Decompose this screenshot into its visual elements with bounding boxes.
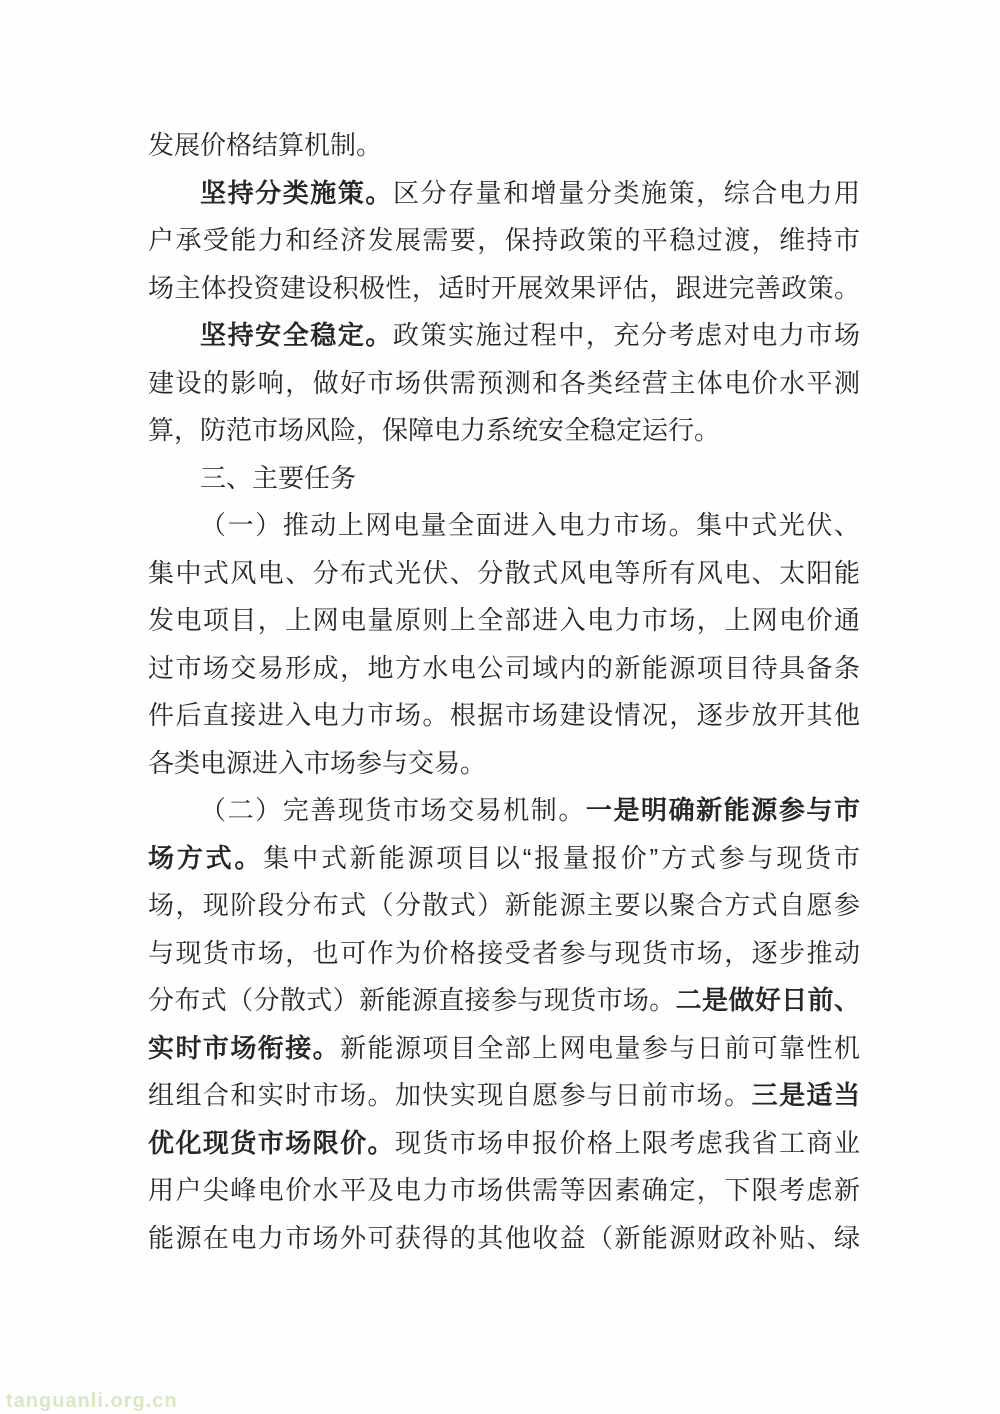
- text-line: 坚持分类施策。区分存量和增量分类施策，综合电力用: [148, 170, 860, 218]
- bold-text-segment: 坚持安全稳定。: [200, 320, 393, 350]
- text-line: 组组合和实时市场。加快实现自愿参与日前市场。三是适当: [148, 1072, 860, 1120]
- bold-text-segment: 场方式。: [148, 843, 263, 873]
- text-line: 各类电源进入市场参与交易。: [148, 740, 860, 788]
- text-line: 坚持安全稳定。政策实施过程中，充分考虑对电力市场: [148, 312, 860, 360]
- text-segment: 场主体投资建设积极性，适时开展效果评估，跟进完善政策。: [148, 273, 860, 303]
- document-body: 发展价格结算机制。坚持分类施策。区分存量和增量分类施策，综合电力用户承受能力和经…: [148, 122, 860, 1262]
- text-segment: 场，现阶段分布式（分散式）新能源主要以聚合方式自愿参: [148, 890, 860, 920]
- text-line: 过市场交易形成，地方水电公司域内的新能源项目待具备条: [148, 645, 860, 693]
- text-segment: 件后直接进入电力市场。根据市场建设情况，逐步放开其他: [148, 700, 860, 730]
- text-segment: 发展价格结算机制。: [148, 130, 382, 160]
- text-segment: 用户尖峰电价水平及电力市场供需等因素确定，下限考虑新: [148, 1175, 860, 1205]
- text-line: 场，现阶段分布式（分散式）新能源主要以聚合方式自愿参: [148, 882, 860, 930]
- text-line: 件后直接进入电力市场。根据市场建设情况，逐步放开其他: [148, 692, 860, 740]
- text-line: 场方式。集中式新能源项目以“报量报价”方式参与现货市: [148, 835, 860, 883]
- text-segment: 算，防范市场风险，保障电力系统安全稳定运行。: [148, 415, 720, 445]
- text-line: （二）完善现货市场交易机制。一是明确新能源参与市: [148, 787, 860, 835]
- text-line: 场主体投资建设积极性，适时开展效果评估，跟进完善政策。: [148, 265, 860, 313]
- text-segment: 能源在电力市场外可获得的其他收益（新能源财政补贴、绿: [148, 1223, 860, 1253]
- watermark-text: tanguanli.org.cn: [6, 1390, 178, 1413]
- bold-text-segment: 二是做好日前、: [676, 985, 860, 1015]
- text-segment: 集中式新能源项目以“报量报价”方式参与现货市: [263, 843, 860, 873]
- text-segment: 政策实施过程中，充分考虑对电力市场: [393, 320, 860, 350]
- text-segment: 过市场交易形成，地方水电公司域内的新能源项目待具备条: [148, 653, 860, 683]
- text-line: 优化现货市场限价。现货市场申报价格上限考虑我省工商业: [148, 1120, 860, 1168]
- text-segment: 现货市场申报价格上限考虑我省工商业: [395, 1128, 860, 1158]
- text-line: 用户尖峰电价水平及电力市场供需等因素确定，下限考虑新: [148, 1167, 860, 1215]
- text-line: 发电项目，上网电量原则上全部进入电力市场，上网电价通: [148, 597, 860, 645]
- text-segment: 分布式（分散式）新能源直接参与现货市场。: [148, 985, 676, 1015]
- text-line: 算，防范市场风险，保障电力系统安全稳定运行。: [148, 407, 860, 455]
- text-line: 与现货市场，也可作为价格接受者参与现货市场，逐步推动: [148, 930, 860, 978]
- text-segment: 新能源项目全部上网电量参与日前可靠性机: [340, 1033, 860, 1063]
- text-segment: 户承受能力和经济发展需要，保持政策的平稳过渡，维持市: [148, 225, 860, 255]
- bold-text-segment: 实时市场衔接。: [148, 1033, 340, 1063]
- text-segment: 区分存量和增量分类施策，综合电力用: [393, 178, 860, 208]
- text-line: 实时市场衔接。新能源项目全部上网电量参与日前可靠性机: [148, 1025, 860, 1073]
- text-segment: 组组合和实时市场。加快实现自愿参与日前市场。: [148, 1080, 752, 1110]
- bold-text-segment: 三是适当: [752, 1080, 860, 1110]
- bold-text-segment: 优化现货市场限价。: [148, 1128, 395, 1158]
- text-line: 户承受能力和经济发展需要，保持政策的平稳过渡，维持市: [148, 217, 860, 265]
- text-line: 三、主要任务: [148, 455, 860, 503]
- text-line: 集中式风电、分布式光伏、分散式风电等所有风电、太阳能: [148, 550, 860, 598]
- bold-text-segment: 坚持分类施策。: [200, 178, 393, 208]
- text-segment: 发电项目，上网电量原则上全部进入电力市场，上网电价通: [148, 605, 860, 635]
- text-segment: 与现货市场，也可作为价格接受者参与现货市场，逐步推动: [148, 938, 860, 968]
- text-segment: 建设的影响，做好市场供需预测和各类经营主体电价水平测: [148, 368, 860, 398]
- text-line: 建设的影响，做好市场供需预测和各类经营主体电价水平测: [148, 360, 860, 408]
- text-line: 能源在电力市场外可获得的其他收益（新能源财政补贴、绿: [148, 1215, 860, 1263]
- text-line: 发展价格结算机制。: [148, 122, 860, 170]
- text-segment: 各类电源进入市场参与交易。: [148, 748, 486, 778]
- text-line: 分布式（分散式）新能源直接参与现货市场。二是做好日前、: [148, 977, 860, 1025]
- document-page: 发展价格结算机制。坚持分类施策。区分存量和增量分类施策，综合电力用户承受能力和经…: [0, 0, 1000, 1414]
- text-segment: （一）推动上网电量全面进入电力市场。集中式光伏、: [200, 510, 860, 540]
- bold-text-segment: 一是明确新能源参与市: [586, 795, 860, 825]
- text-segment: 集中式风电、分布式光伏、分散式风电等所有风电、太阳能: [148, 558, 860, 588]
- text-segment: （二）完善现货市场交易机制。: [200, 795, 586, 825]
- text-line: （一）推动上网电量全面进入电力市场。集中式光伏、: [148, 502, 860, 550]
- text-segment: 三、主要任务: [200, 463, 356, 493]
